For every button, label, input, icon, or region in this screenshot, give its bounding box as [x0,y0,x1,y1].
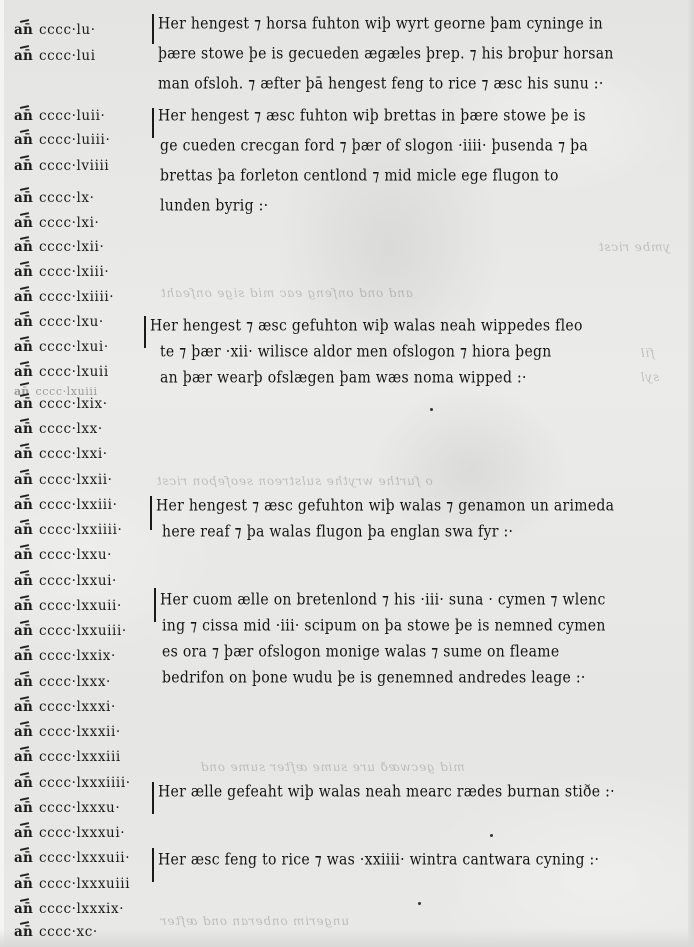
annal-year: cccc·lxxxii· [39,724,121,740]
initial-h-ascender [152,14,154,44]
annal-row: an̄cccc·lu· [14,22,96,38]
entry-line: þære stowe þe is gecueden ægæles þrep. ⁊… [158,44,614,64]
annal-abbreviation: an̄ [14,289,33,305]
annal-row: an̄cccc·luiii· [14,132,110,148]
annal-year: cccc·lxix· [39,396,108,412]
annal-row: an̄cccc·lxxxuiii [14,876,130,892]
entry-line: Her ælle gefeaht wiþ walas neah mearc ræ… [158,782,615,802]
annal-abbreviation: an̄ [14,497,33,513]
annal-row: an̄cccc·lxxu· [14,547,112,563]
annal-year: cccc·lxui· [39,339,109,355]
page-edge-bottom [0,929,694,947]
entry-line: ing ⁊ cissa mid ·iii· scipum on þa stowe… [162,616,606,636]
annal-abbreviation: an̄ [14,339,33,355]
entry-line: brettas þa forleton centlond ⁊ mid micle… [160,166,559,186]
ink-speck [430,408,433,411]
annal-abbreviation: an̄ [14,850,33,866]
annal-row: an̄cccc·luii· [14,108,105,124]
annal-abbreviation: an̄ [14,314,33,330]
annal-year: cccc·lxxu· [39,547,112,563]
annal-abbreviation: an̄ [14,264,33,280]
annal-abbreviation: an̄ [14,22,33,38]
annal-abbreviation: an̄ [14,215,33,231]
initial-h-ascender [152,848,154,882]
annal-year: cccc·lxiii· [39,264,109,280]
annal-year: cccc·xc· [39,924,98,940]
entry-line: Her hengest ⁊ æsc gefuhton wiþ walas ⁊ g… [156,496,614,516]
annal-row: an̄cccc·lui [14,48,96,64]
annal-year: cccc·luii· [39,108,105,124]
page-edge-left [0,0,4,947]
annal-row: an̄cccc·lxui· [14,339,109,355]
annal-row: an̄cccc·lxxuii· [14,598,122,614]
annal-row: an̄cccc·lxiiii· [14,289,114,305]
annal-row: an̄cccc·lxxii· [14,472,113,488]
annal-abbreviation: an̄ [14,472,33,488]
entry-line: te ⁊ þær ·xii· wilisce aldor men ofslogo… [160,342,552,362]
annal-year: cccc·lxx· [39,421,103,437]
entry-line: Her cuom ælle on bretenlond ⁊ his ·iii· … [160,590,606,610]
annal-year: cccc·lxxuii· [39,598,122,614]
annal-abbreviation: an̄ [14,421,33,437]
annal-abbreviation: an̄ [14,901,33,917]
annal-year: cccc·lxxxui· [39,825,125,841]
annal-abbreviation: an̄ [14,674,33,690]
initial-h-ascender [152,108,154,138]
annal-row: an̄cccc·lxxx· [14,674,111,690]
annal-abbreviation: an̄ [14,775,33,791]
entry-line: Her hengest ⁊ horsa fuhton wiþ wyrt geor… [158,14,603,34]
annal-year: cccc·lxxui· [39,573,117,589]
show-through-text: fil [640,346,655,360]
manuscript-page: and ond onfeng eac mid sige onfeahto fur… [0,0,694,947]
annal-year: cccc·lx· [39,190,95,206]
annal-year: cccc·lxxxi· [39,699,116,715]
annal-row: an̄cccc·xc· [14,924,98,940]
annal-row: an̄cccc·lxxxi· [14,699,116,715]
annal-year: cccc·lviiii [39,158,109,174]
annal-abbreviation: an̄ [14,598,33,614]
entry-line: an þær wearþ ofslægen þam wæs noma wippe… [160,368,527,388]
annal-year: cccc·lxxi· [39,446,108,462]
annal-abbreviation: an̄ [14,800,33,816]
entry-line: Her æsc feng to rice ⁊ was ·xxiiii· wint… [158,850,599,870]
annal-year: cccc·lxxiii· [39,497,118,513]
entry-line: ge cueden crecgan ford ⁊ þær of slogon ·… [160,136,588,156]
annal-row: an̄cccc·lx· [14,190,95,206]
annal-abbreviation: an̄ [14,132,33,148]
annal-row: an̄cccc·lxix· [14,396,108,412]
annal-abbreviation: an̄ [14,699,33,715]
annal-year: cccc·lxi· [39,215,99,231]
annal-row: an̄cccc·lviiii [14,158,109,174]
annal-year: cccc·luiii· [39,132,110,148]
annal-abbreviation: an̄ [14,190,33,206]
entry-line: es ora ⁊ þær ofslogon monige walas ⁊ sum… [162,642,559,662]
ink-speck [490,834,493,837]
annal-row: an̄cccc·lxxxui· [14,825,125,841]
initial-h-ascender [150,496,152,530]
entry-line: man ofsloh. ⁊ æfter þā hengest feng to r… [158,74,604,94]
annal-year: cccc·lxxxix· [39,901,124,917]
annal-year: cccc·lxxuiii· [39,623,127,639]
page-edge-right [688,0,694,947]
annal-abbreviation: an̄ [14,396,33,412]
show-through-text: mid gecwæð ure sume æfter sume ond [200,760,465,774]
entry-line: Her hengest ⁊ æsc fuhton wiþ brettas in … [158,106,586,126]
annal-abbreviation: an̄ [14,522,33,538]
annal-year: cccc·lxii· [39,239,104,255]
show-through-text: o furthe wrythe sulstreon seofeþon ricst [156,474,433,488]
annal-year: cccc·lu· [39,22,96,38]
annal-row: an̄cccc·lxxiii· [14,497,118,513]
initial-h-ascender [144,316,146,348]
annal-row: an̄cccc·lxxxiiii· [14,775,131,791]
annal-abbreviation: an̄ [14,364,33,380]
annal-row: an̄cccc·lxii· [14,239,104,255]
annal-abbreviation: an̄ [14,924,33,940]
annal-year: cccc·lxxxuiii [39,876,130,892]
annal-year: cccc·lxxx· [39,674,111,690]
annal-year: cccc·lxxxiii [39,749,121,765]
annal-year: cccc·lxuii [39,364,109,380]
annal-row: an̄cccc·lxxxiii [14,749,121,765]
annal-year: cccc·lui [39,48,96,64]
annal-row: an̄cccc·lxuii [14,364,109,380]
show-through-text: ymbe ricst [598,240,670,254]
annal-abbreviation: an̄ [14,623,33,639]
annal-row: an̄cccc·lxxi· [14,446,108,462]
annal-abbreviation: an̄ [14,876,33,892]
annal-row: an̄cccc·lxi· [14,215,99,231]
annal-abbreviation: an̄ [14,48,33,64]
show-through-text: ungerim onberan ond æfter [160,914,349,928]
annal-row: an̄cccc·lxiii· [14,264,109,280]
annal-row: an̄cccc·lxx· [14,421,103,437]
annal-year: cccc·lxxii· [39,472,113,488]
annal-abbreviation: an̄ [14,648,33,664]
annal-abbreviation: an̄ [14,547,33,563]
entry-line: lunden byrig :· [160,196,268,216]
annal-row: an̄cccc·lxxxuii· [14,850,130,866]
entry-line: bedrifon on þone wudu þe is genemned and… [162,668,586,688]
annal-abbreviation: an̄ [14,446,33,462]
annal-year: cccc·lxxxiiii· [39,775,131,791]
annal-year: cccc·lxxix· [39,648,116,664]
show-through-text: syl [640,370,659,384]
annal-abbreviation: an̄ [14,724,33,740]
annal-abbreviation: an̄ [14,108,33,124]
initial-h-ascender [152,782,154,814]
annal-row: an̄cccc·lxxix· [14,648,116,664]
annal-abbreviation: an̄ [14,749,33,765]
show-through-text: and ond onfeng eac mid sige onfeaht [160,286,413,300]
annal-abbreviation: an̄ [14,825,33,841]
annal-row: an̄cccc·lxxui· [14,573,117,589]
ink-speck [418,902,421,905]
annal-year: cccc·lxxxuii· [39,850,130,866]
annal-abbreviation: an̄ [14,158,33,174]
initial-h-ascender [154,588,156,622]
annal-abbreviation: an̄ [14,239,33,255]
annal-year: cccc·lxiiii· [39,289,114,305]
annal-year: cccc·lxxiiii· [39,522,122,538]
annal-year: cccc·lxu· [39,314,104,330]
annal-row: an̄cccc·lxxuiii· [14,623,127,639]
annal-year: cccc·lxxxu· [39,800,120,816]
entry-line: Her hengest ⁊ æsc gefuhton wiþ walas nea… [150,316,583,336]
entry-line: here reaf ⁊ þa walas flugon þa englan sw… [162,522,513,542]
annal-abbreviation: an̄ [14,573,33,589]
annal-row: an̄cccc·lxxiiii· [14,522,122,538]
annal-row: an̄cccc·lxxxii· [14,724,121,740]
annal-row: an̄cccc·lxu· [14,314,104,330]
annal-row: an̄cccc·lxxxu· [14,800,120,816]
annal-row: an̄cccc·lxxxix· [14,901,124,917]
